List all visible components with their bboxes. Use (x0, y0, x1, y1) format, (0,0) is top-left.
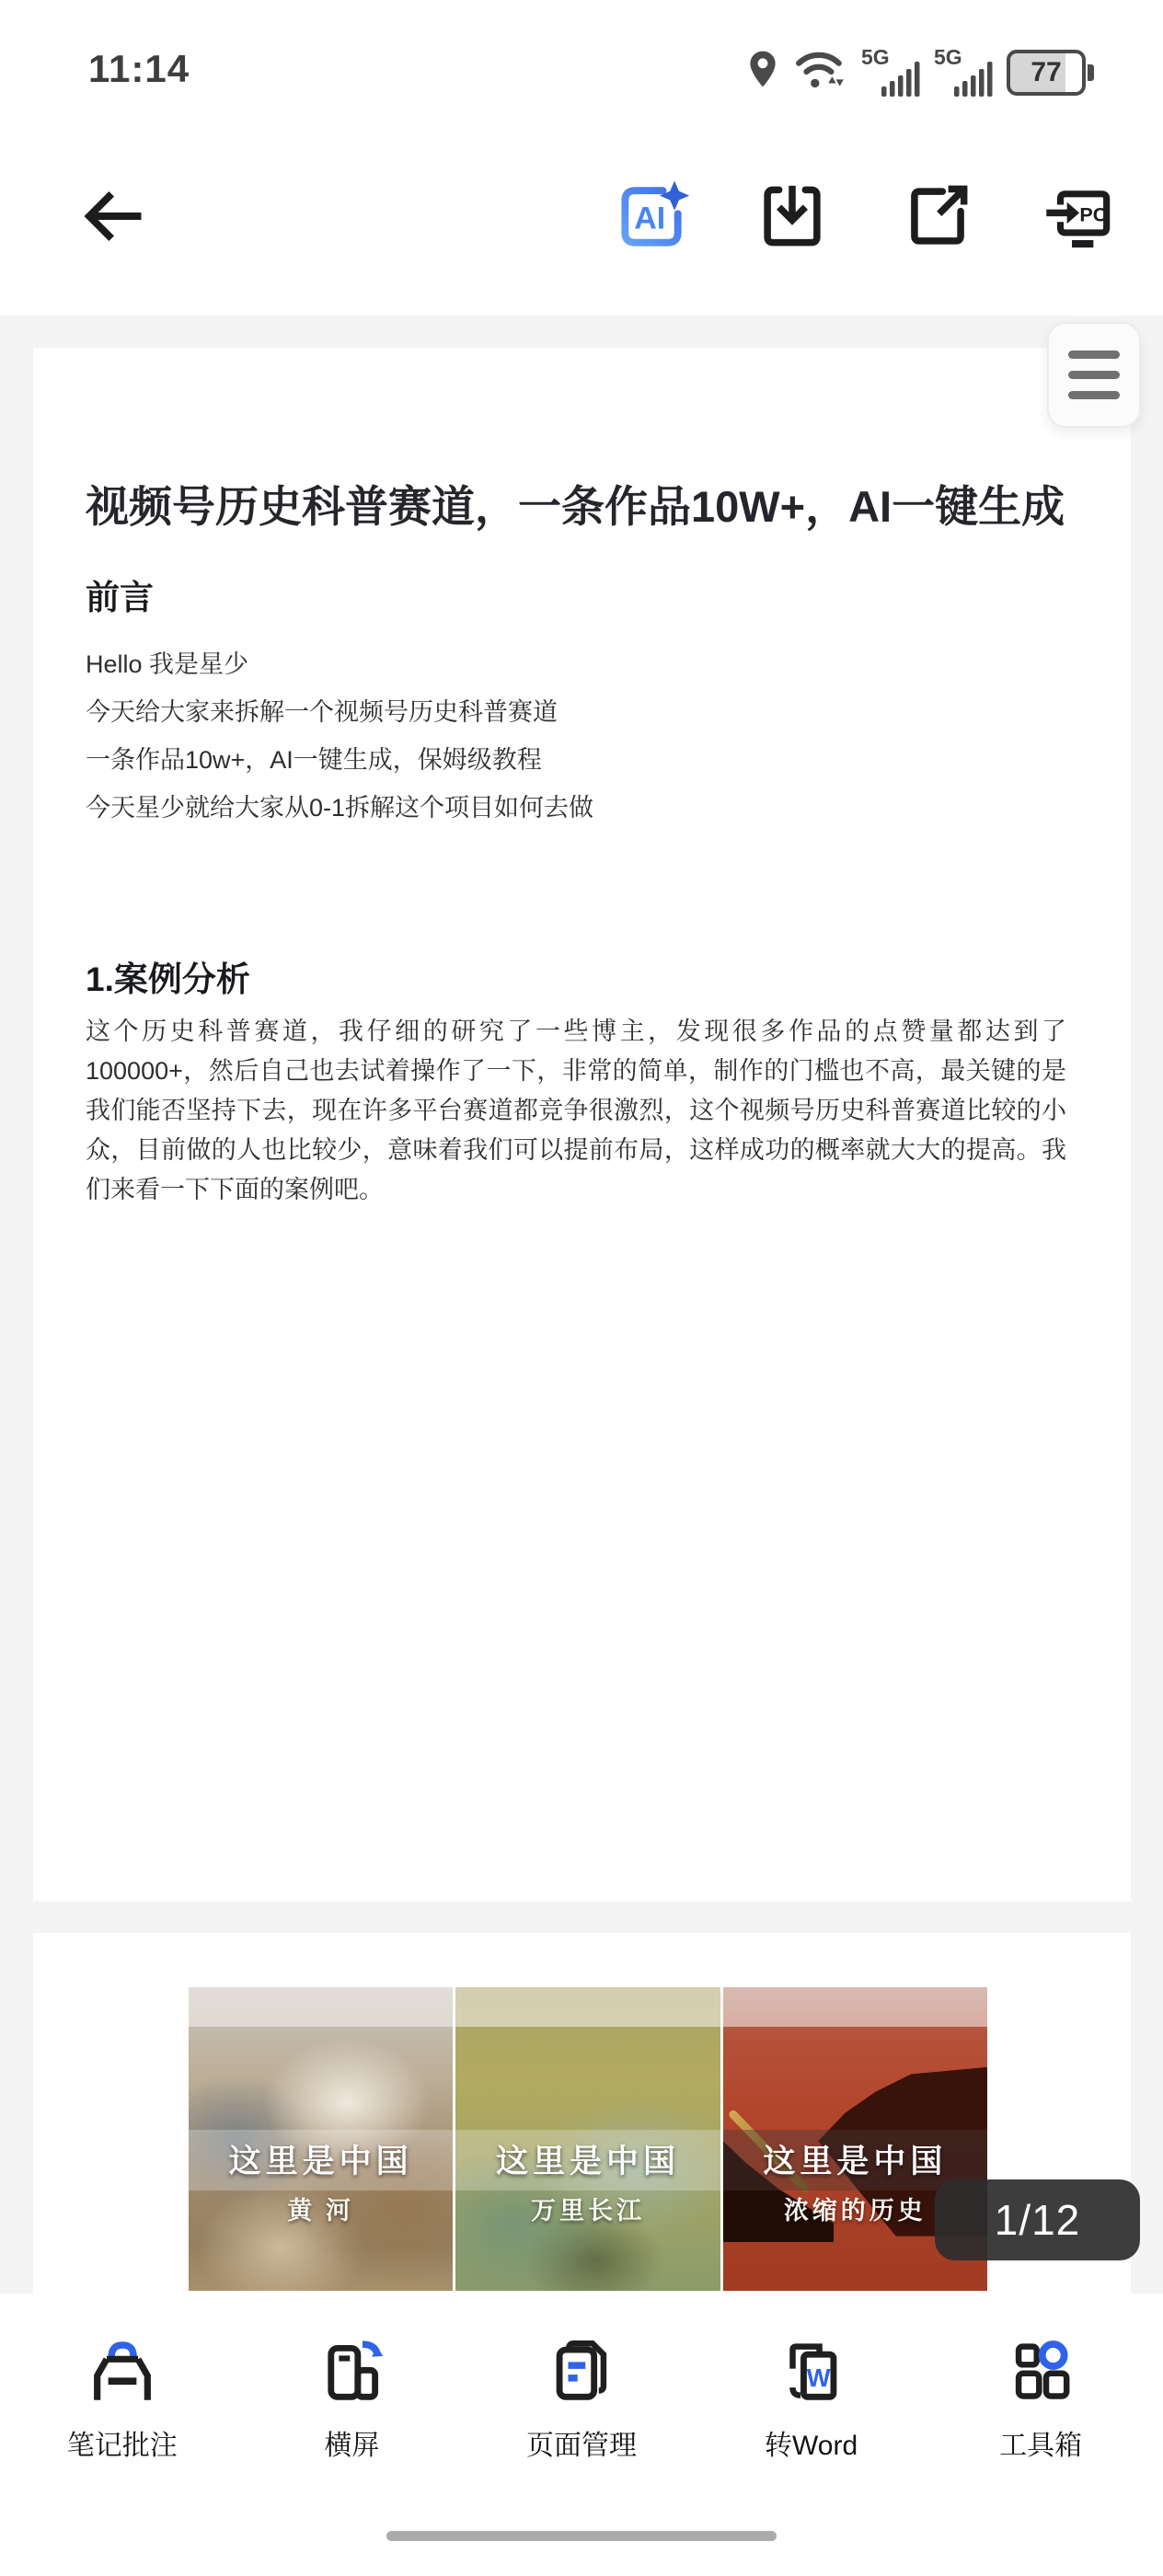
ai-assistant-button[interactable]: AI (612, 177, 691, 256)
case-analysis-paragraph: 这个历史科普赛道，我仔细的研究了一些博主，发现很多作品的点赞量都达到了10000… (86, 1012, 1066, 1210)
thumbnail-title: 这里是中国 (723, 2136, 987, 2182)
notes-annotation-button[interactable]: 笔记批注 (7, 2294, 237, 2464)
home-indicator[interactable] (386, 2531, 777, 2541)
hamburger-icon (1068, 351, 1120, 359)
convert-to-word-button[interactable]: W 转Word (697, 2294, 927, 2464)
app-toolbar: AI PC (0, 110, 1163, 316)
status-bar: 11:14 5G (0, 0, 1163, 110)
thumbnail-yangtze: 这里是中国 万里长江 (455, 1987, 720, 2291)
pages-icon (544, 2334, 619, 2409)
outline-menu-button[interactable] (1047, 322, 1141, 428)
ai-icon: AI (612, 177, 691, 256)
battery-icon: 77 (1007, 50, 1086, 96)
svg-text:W: W (806, 2363, 830, 2392)
hamburger-icon (1068, 371, 1120, 379)
thumbnail-yellow-river: 这里是中国 黄 河 (189, 1987, 453, 2291)
signal-5g-icon-sim2: 5G (934, 47, 993, 98)
signal-5g-icon-sim1: 5G (861, 47, 920, 98)
landscape-rotate-button[interactable]: 横屏 (237, 2294, 467, 2464)
back-arrow-icon (74, 177, 153, 256)
status-icons: 5G 5G 77 (745, 46, 1086, 99)
word-doc-icon: W (774, 2334, 849, 2409)
body-line: Hello 我是星少 (86, 644, 1066, 684)
svg-text:PC: PC (1079, 203, 1107, 225)
location-icon (745, 48, 780, 98)
toolbar-label: 工具箱 (999, 2422, 1082, 2463)
thumbnail-top-overlay (455, 1987, 720, 2027)
rotate-screen-icon (314, 2334, 389, 2409)
case-thumbnails-image: 这里是中国 黄 河 这里是中国 万里长江 这里是中国 浓缩的历史 (189, 1987, 987, 2291)
toolbox-grid-icon (1003, 2334, 1078, 2409)
thumbnail-subtitle: 万里长江 (455, 2191, 720, 2226)
thumbnail-title: 这里是中国 (189, 2136, 453, 2182)
toolbar-label: 转Word (765, 2422, 858, 2463)
toolbar-label: 笔记批注 (67, 2422, 178, 2463)
thumbnail-subtitle: 黄 河 (189, 2191, 453, 2226)
toolbar-label: 横屏 (324, 2422, 379, 2463)
body-line: 今天给大家来拆解一个视频号历史科普赛道 (86, 692, 1066, 732)
status-time: 11:14 (88, 50, 190, 88)
download-icon (753, 177, 832, 256)
back-button[interactable] (74, 177, 153, 256)
marker-pen-icon (85, 2334, 160, 2409)
page-management-button[interactable]: 页面管理 (466, 2294, 697, 2464)
hamburger-icon (1068, 391, 1120, 399)
toolbox-button[interactable]: 工具箱 (926, 2294, 1156, 2464)
battery-percent: 77 (1031, 57, 1061, 88)
document-page-1: 视频号历史科普赛道，一条作品10W+，AI一键生成 前言 Hello 我是星少 … (33, 348, 1131, 1902)
svg-text:AI: AI (634, 201, 665, 236)
section-heading-preface: 前言 (86, 575, 1066, 621)
bottom-toolbar: 笔记批注 横屏 页面管理 (0, 2294, 1163, 2576)
body-line: 今天星少就给大家从0-1拆解这个项目如何去做 (86, 788, 1066, 828)
send-to-pc-button[interactable]: PC (1041, 177, 1120, 256)
share-icon (898, 177, 977, 256)
download-button[interactable] (753, 177, 832, 256)
share-button[interactable] (898, 177, 977, 256)
thumbnail-title: 这里是中国 (455, 2136, 720, 2182)
body-line: 一条作品10w+，AI一键生成，保姆级教程 (86, 740, 1066, 780)
page-indicator-badge: 1/12 (935, 2179, 1140, 2260)
battery-nub (1088, 64, 1094, 81)
wifi-icon (794, 48, 847, 98)
toolbar-label: 页面管理 (526, 2422, 637, 2463)
thumbnail-top-overlay (723, 1987, 987, 2027)
section-heading-case-analysis: 1.案例分析 (86, 957, 1066, 1003)
thumbnail-top-overlay (189, 1987, 453, 2027)
bottom-toolbar-items: 笔记批注 横屏 页面管理 (0, 2294, 1163, 2464)
phone-screen: 11:14 5G (0, 0, 1163, 2576)
document-title: 视频号历史科普赛道，一条作品10W+，AI一键生成 (86, 348, 1066, 545)
pc-transfer-icon: PC (1041, 177, 1120, 256)
